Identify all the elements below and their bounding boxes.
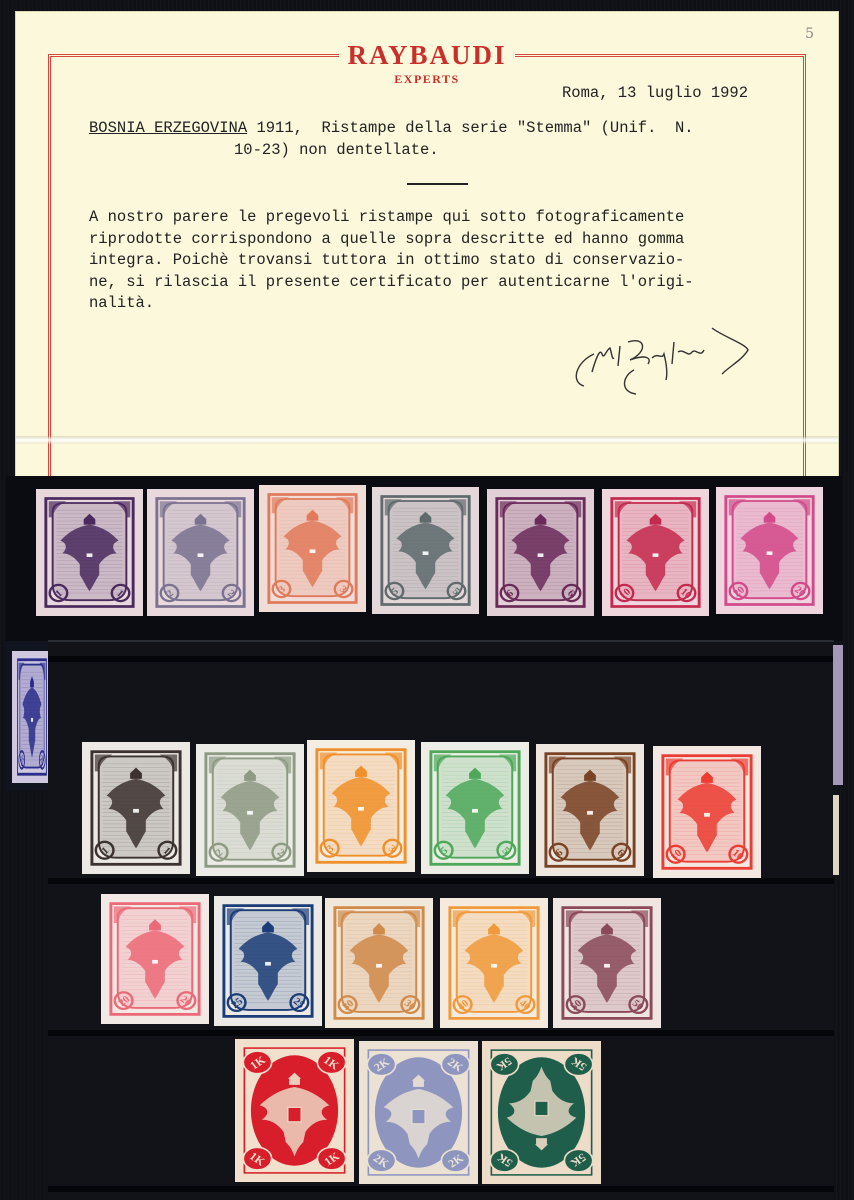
coat-of-arms-icon: 1010 [607,494,704,611]
certificate-subject: BOSNIA ERZEGOVINA 1911, Ristampe della s… [89,117,789,161]
subject-line-1: 1911, Ristampe della serie "Stemma" (Uni… [247,119,693,137]
peeking-stamp-edge [833,645,843,785]
coat-of-arms-icon: 5K5K5K5K [487,1046,596,1179]
coat-of-arms-icon: 11 [87,747,185,869]
stamp-25-partial: 2525 [12,651,48,783]
card-strip [48,1030,834,1036]
certificate-date: Roma, 13 luglio 1992 [562,84,748,102]
coat-of-arms-icon: 2K2K2K2K [364,1046,473,1179]
coat-of-arms-icon: 55 [426,747,524,869]
coat-of-arms-icon: 4040 [445,903,543,1023]
coat-of-arms-icon: 33 [264,490,361,607]
stamp-2: 22 [147,489,254,616]
separator-rule [407,183,468,185]
coat-of-arms-icon: 33 [312,745,410,867]
stamp-2: 22 [196,744,304,876]
card-strip [48,1186,834,1192]
stamp-10: 1010 [653,746,761,878]
coat-of-arms-icon: 1010 [658,751,756,873]
coat-of-arms-icon: 66 [492,494,589,611]
stamp-20: 2020 [716,487,823,614]
coat-of-arms-icon: 2020 [721,492,818,609]
card-strip [48,656,834,662]
coat-of-arms-icon: 66 [541,749,639,871]
peeking-stamp-edge [833,795,839,875]
stamp-20: 2020 [101,894,209,1024]
stamp-1: 11 [36,489,143,616]
paper-fold [16,436,838,444]
coat-of-arms-icon: 3030 [330,903,428,1023]
stamp-6: 66 [487,489,594,616]
coat-of-arms-icon: 1K1K1K1K [240,1044,349,1177]
stamp-1: 11 [82,742,190,874]
expert-certificate: 5 RAYBAUDI EXPERTS Roma, 13 luglio 1992 … [16,12,838,476]
coat-of-arms-icon: 2525 [16,655,48,779]
stamp-10: 1010 [602,489,709,616]
stamp-50: 5050 [553,898,661,1028]
certificate-body: A nostro parere le pregevoli ristampe qu… [89,207,809,315]
stamp-3: 33 [259,485,366,612]
stamp-1k: 1K1K1K1K [235,1039,354,1182]
coat-of-arms-icon: 5050 [558,903,656,1023]
coat-of-arms-icon: 11 [41,494,138,611]
stamp-5: 55 [421,742,529,874]
stamp-25: 2525 [214,896,322,1026]
coat-of-arms-icon: 22 [201,749,299,871]
coat-of-arms-icon: 55 [377,492,474,609]
signature [566,302,786,402]
coat-of-arms-icon: 2020 [106,899,204,1019]
coat-of-arms-icon: 22 [152,494,249,611]
subject-country: BOSNIA ERZEGOVINA [89,119,247,137]
stamp-30: 3030 [325,898,433,1028]
stamp-5: 55 [372,487,479,614]
coat-of-arms-icon: 2525 [219,901,317,1021]
stamp-40: 4040 [440,898,548,1028]
subject-line-2: 10-23) non dentellate. [89,139,789,161]
stamp-2k: 2K2K2K2K [359,1041,478,1184]
stamp-3: 33 [307,740,415,872]
stamp-5k: 5K5K5K5K [482,1041,601,1184]
brand-name: RAYBAUDI [339,40,514,70]
stamp-6: 66 [536,744,644,876]
card-strip [48,878,834,884]
